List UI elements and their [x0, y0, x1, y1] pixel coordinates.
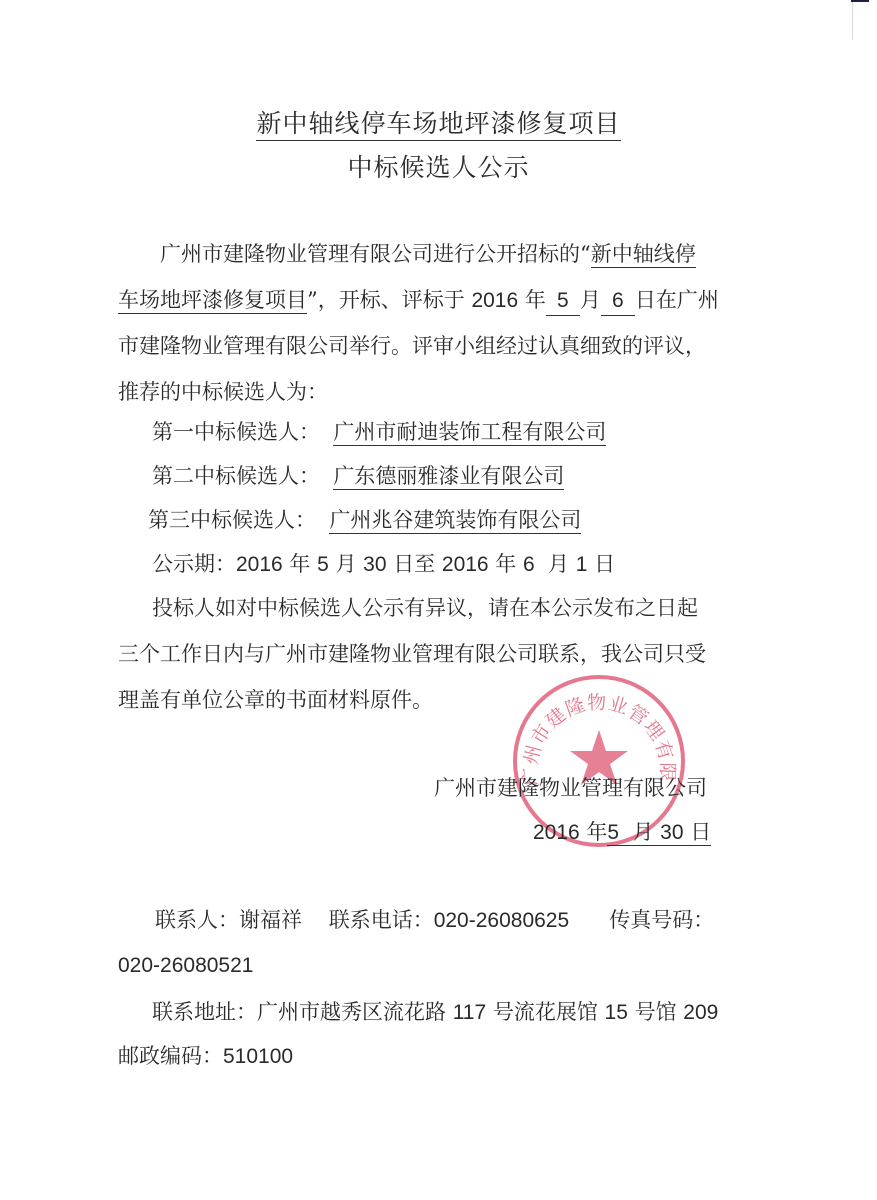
objection-line-3: 理盖有单位公章的书面材料原件。	[118, 686, 433, 714]
contact-fax: 020-26080521	[118, 952, 253, 980]
candidate-name: 广州兆谷建筑装饰有限公司	[329, 508, 581, 534]
candidate-2: 第二中标候选人： 广东德丽雅漆业有限公司	[152, 462, 564, 490]
contact-person: 谢福祥	[239, 908, 302, 932]
project-name-underlined: 新中轴线停	[591, 242, 696, 268]
publicity-period: 公示期：2016 年 5 月 30 日至 2016 年 6 月 1 日	[152, 550, 615, 579]
paragraph-1-line-2: 车场地坪漆修复项目”，开标、评标于 2016 年5月6日在广州	[118, 286, 719, 316]
candidate-1: 第一中标候选人： 广州市耐迪装饰工程有限公司	[152, 418, 606, 446]
open-month: 5	[546, 287, 580, 316]
scan-corner-mark	[851, 0, 869, 2]
project-name-underlined-cont: 车场地坪漆修复项目	[118, 288, 307, 314]
objection-line-2: 三个工作日内与广州市建隆物业管理有限公司联系，我公司只受	[118, 640, 706, 668]
open-day: 6	[601, 287, 635, 316]
contact-line: 联系人：谢福祥 联系电话：020-26080625 传真号码：	[155, 906, 714, 935]
document-subtitle: 中标候选人公示	[0, 148, 877, 184]
candidate-name: 广东德丽雅漆业有限公司	[333, 464, 564, 490]
contact-phone: 020-26080625	[434, 909, 569, 932]
document-title: 新中轴线停车场地坪漆修复项目	[0, 104, 877, 140]
signature-date: 2016 年5 月 30 日	[533, 818, 711, 847]
candidate-name: 广州市耐迪装饰工程有限公司	[333, 420, 606, 446]
candidate-label: 第二中标候选人：	[152, 464, 320, 488]
paragraph-1-line-1: 广州市建隆物业管理有限公司进行公开招标的“新中轴线停	[160, 240, 696, 268]
objection-line-1: 投标人如对中标候选人公示有异议，请在本公示发布之日起	[152, 594, 698, 622]
candidate-3: 第三中标候选人： 广州兆谷建筑装饰有限公司	[148, 506, 581, 534]
scan-edge	[852, 0, 853, 40]
paragraph-1-line-4: 推荐的中标候选人为：	[118, 378, 328, 406]
candidate-label: 第一中标候选人：	[152, 420, 320, 444]
contact-address: 联系地址：广州市越秀区流花路 117 号流花展馆 15 号馆 209	[152, 998, 718, 1027]
candidate-label: 第三中标候选人：	[148, 508, 316, 532]
open-year: 2016	[471, 289, 518, 312]
signature-company: 广州市建隆物业管理有限公司	[434, 774, 707, 802]
paragraph-1-line-3: 市建隆物业管理有限公司举行。评审小组经过认真细致的评议，	[118, 332, 706, 360]
contact-postcode: 邮政编码：510100	[118, 1042, 293, 1071]
